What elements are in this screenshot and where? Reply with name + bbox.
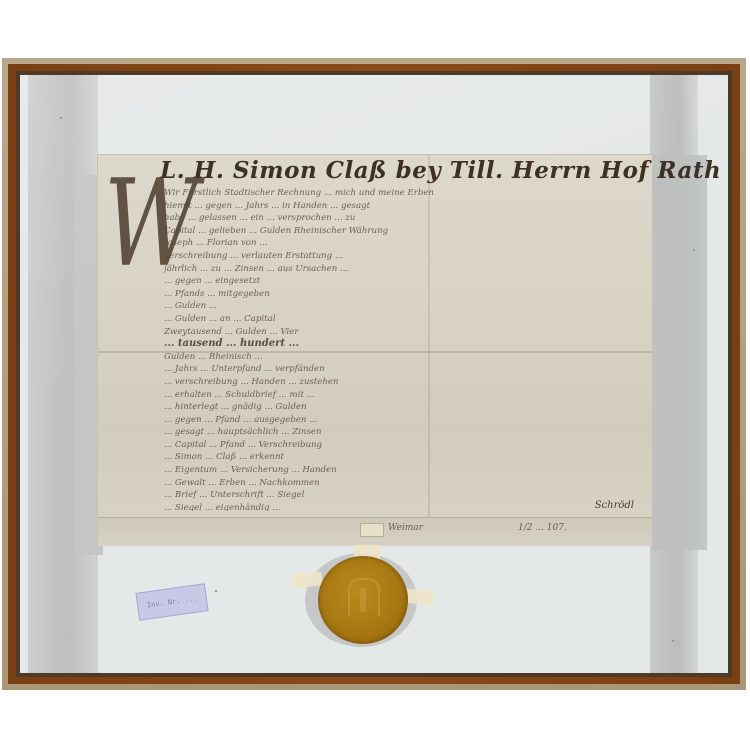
decorative-initial: W (104, 159, 164, 315)
document-text-line: Joseph ... Florian von ... (164, 237, 642, 250)
document-text-line: ... tausend ... hundert ... (164, 338, 642, 351)
seal-tag-slot (360, 523, 384, 537)
document-text-line: ... hinterlegt ... gnädig ... Gulden (164, 401, 642, 414)
document-text-line: ... Eigentum ... Versicherung ... Handen (164, 464, 642, 477)
document-text-line: ... Brief ... Unterschrift ... Siegel (164, 489, 642, 502)
document-body: Wir Fürstlich Stadtischer Rechnung ... m… (164, 187, 642, 511)
document-text-line: ... erhalten ... Schuldbrief ... mit ... (164, 389, 642, 402)
turnup-note-left: Weimar (388, 523, 423, 533)
document-text-line: ... Simon ... Claß ... erkennt (164, 451, 642, 464)
mat-speck (693, 249, 695, 251)
mat-speck (215, 590, 217, 592)
document-text-line: ... Pfands ... mitgegeben (164, 288, 642, 301)
document-text-line: ... Jahrs ... Unterpfand ... verpfänden (164, 363, 642, 376)
mat-speck (672, 640, 674, 642)
document-text-line: ... gegen ... eingesetzt (164, 275, 642, 288)
wax-seal (318, 556, 408, 644)
turnup-note-right: 1/2 ... 107. (518, 523, 567, 533)
document-shadow-right (652, 155, 707, 550)
parchment-document: W L. H. Simon Claß bey Till. Herrn Hof R… (98, 155, 652, 545)
document-text-line: hiemit ... gegen ... Jahrs ... in Handen… (164, 200, 642, 213)
seal-emblem-icon (348, 578, 380, 616)
document-text-line: ... gesagt ... hauptsächlich ... Zinsen (164, 426, 642, 439)
document-text-line: ... Gewalt ... Erben ... Nachkommen (164, 477, 642, 490)
document-text-line: habe ... gelassen ... ein ... versproche… (164, 212, 642, 225)
document-heading: L. H. Simon Claß bey Till. Herrn Hof Rat… (160, 157, 646, 184)
document-text-line: ... Siegel ... eigenhändig ... (164, 502, 642, 511)
document-text-line: ... Gulden ... (164, 300, 642, 313)
document-text-line: Capital ... gelieben ... Gulden Rheinisc… (164, 225, 642, 238)
document-text-line: ... verschreibung ... Handen ... zustehe… (164, 376, 642, 389)
document-text-line: Gulden ... Rheinisch ... (164, 351, 642, 364)
document-text-line: Zweytausend ... Gulden ... Vier (164, 326, 642, 339)
document-text-line: jährlich ... zu ... Zinsen ... aus Ursac… (164, 263, 642, 276)
signature: Schrödl (595, 500, 634, 511)
mat-speck (60, 117, 62, 119)
document-text-line: ... Gulden ... an ... Capital (164, 313, 642, 326)
document-text-line: ... Capital ... Pfand ... Verschreibung (164, 439, 642, 452)
document-text-line: ... gegen ... Pfand ... ausgegeben ... (164, 414, 642, 427)
document-text-line: Verschreibung ... verlauten Erstattung .… (164, 250, 642, 263)
document-text-line: Wir Fürstlich Stadtischer Rechnung ... m… (164, 187, 642, 200)
seal-mount-tape-right (403, 588, 434, 605)
